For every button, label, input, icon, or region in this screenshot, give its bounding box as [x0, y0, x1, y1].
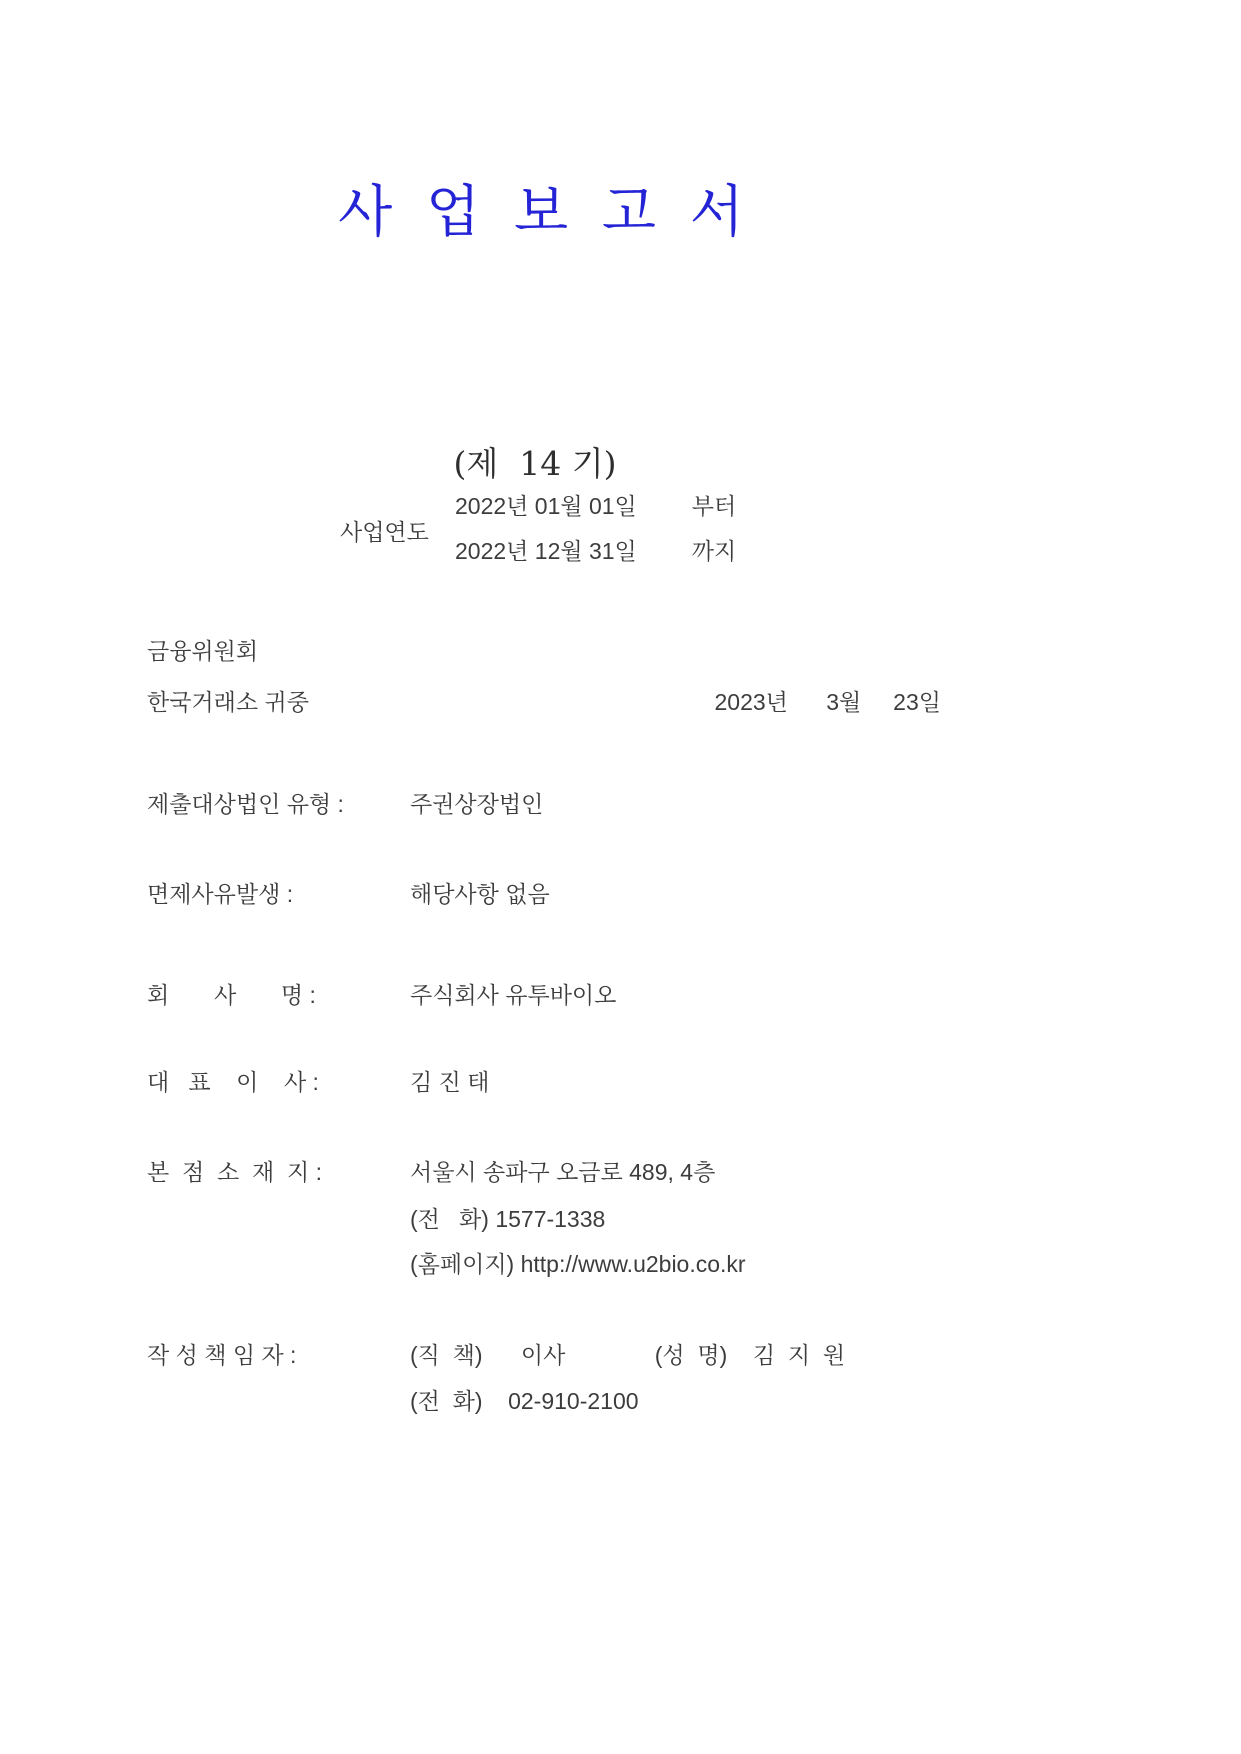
author-phone: (전 화) 02-910-2100 — [410, 1383, 639, 1416]
fiscal-year-from-row: 2022년 01월 01일 부터 — [455, 488, 736, 521]
submission-date: 2023년 3월 23일 — [600, 684, 941, 717]
recipient-fsc: 금융위원회 — [147, 633, 258, 666]
fiscal-year-from-suffix: 부터 — [692, 488, 736, 521]
ceo-value: 김 진 태 — [410, 1064, 489, 1097]
fiscal-year-to-date: 2022년 12월 31일 — [455, 533, 637, 566]
exemption-label: 면제사유발생 : — [147, 876, 293, 909]
author-position-and-name: (직 책) 이사 (성 명) 김 지 원 — [410, 1337, 845, 1370]
company-name-label: 회 사 명 : — [147, 977, 316, 1010]
head-office-address: 서울시 송파구 오금로 489, 4층 — [410, 1154, 715, 1187]
fiscal-year-to-row: 2022년 12월 31일 까지 — [455, 533, 736, 566]
fiscal-year-to-suffix: 까지 — [692, 533, 736, 566]
head-office-phone: (전 화) 1577-1338 — [410, 1201, 605, 1234]
fiscal-year-label: 사업연도 — [340, 514, 429, 547]
report-term: (제 14 기) — [0, 438, 1070, 485]
author-label: 작 성 책 임 자 : — [147, 1337, 296, 1370]
exemption-value: 해당사항 없음 — [410, 876, 550, 909]
report-cover-page: 사 업 보 고 서 (제 14 기) 사업연도 2022년 01월 01일 부터… — [0, 0, 1241, 1754]
head-office-label: 본 점 소 재 지 : — [147, 1154, 322, 1187]
filer-type-label: 제출대상법인 유형 : — [147, 786, 344, 819]
ceo-label: 대 표 이 사 : — [147, 1064, 319, 1097]
recipient-krx: 한국거래소 귀중 — [147, 684, 309, 717]
head-office-homepage: (홈페이지) http://www.u2bio.co.kr — [410, 1246, 746, 1279]
company-name-value: 주식회사 유투바이오 — [410, 977, 616, 1010]
filer-type-value: 주권상장법인 — [410, 786, 543, 819]
fiscal-year-from-date: 2022년 01월 01일 — [455, 488, 637, 521]
report-title: 사 업 보 고 서 — [0, 168, 1090, 248]
